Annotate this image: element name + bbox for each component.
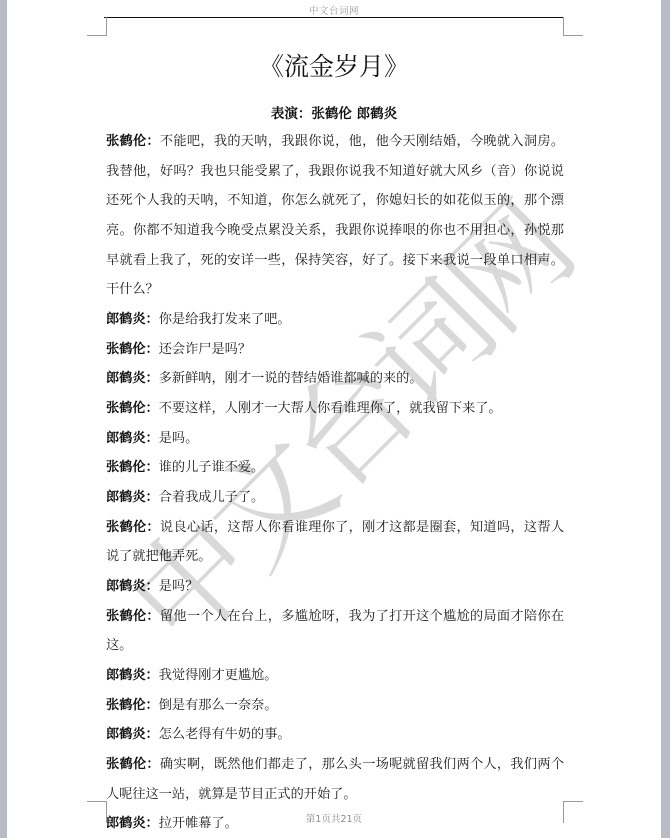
page-header: 中文台词网 [7, 3, 661, 17]
dialogue-line: 郎鹤炎：怎么老得有牛奶的事。 [106, 720, 564, 750]
speaker-label: 郎鹤炎： [106, 668, 159, 683]
dialogue-line: 张鹤伦：还会诈尸是吗？ [106, 335, 564, 365]
dialogue-text: 是吗？ [159, 579, 199, 594]
document-title: 《流金岁月》 [7, 47, 661, 83]
dialogue-line: 郎鹤炎：多新鲜呐，刚才一说的替结婚谁都喊的来的。 [106, 364, 564, 394]
performers-line: 表演：张鹤伦 郎鹤炎 [7, 102, 661, 122]
dialogue-text: 留他一个人在台上，多尴尬呀，我为了打开这个尴尬的局面才陪你在这。 [106, 609, 564, 654]
header-rule [104, 17, 564, 18]
dialogue-line: 郎鹤炎：是吗。 [106, 424, 564, 454]
dialogue-text: 不要这样，人刚才一大帮人你看谁理你了，就我留下来了。 [159, 401, 502, 416]
dialogue-text: 怎么老得有牛奶的事。 [159, 727, 291, 742]
dialogue-text: 说良心话，这帮人你看谁理你了，刚才这都是圈套，知道吗，这帮人说了就把他弄死。 [106, 520, 564, 565]
speaker-label: 张鹤伦： [106, 401, 159, 416]
dialogue-line: 张鹤伦：倒是有那么一奈奈。 [106, 691, 564, 721]
speaker-label: 张鹤伦： [106, 134, 160, 149]
speaker-label: 张鹤伦： [106, 520, 160, 535]
dialogue-line: 郎鹤炎：拉开帷幕了。 [106, 809, 564, 838]
speaker-label: 张鹤伦： [106, 342, 159, 357]
speaker-label: 张鹤伦： [106, 757, 160, 772]
speaker-label: 郎鹤炎： [106, 727, 159, 742]
margin-mark-top-right [563, 17, 583, 36]
dialogue-text: 确实啊，既然他们都走了，那么头一场呢就留我们两个人，我们两个人呢往这一站，就算是… [106, 757, 564, 802]
speaker-label: 张鹤伦： [106, 460, 159, 475]
speaker-label: 郎鹤炎： [106, 312, 159, 327]
dialogue-text: 谁的儿子谁不爱。 [159, 460, 265, 475]
speaker-label: 张鹤伦： [106, 698, 159, 713]
dialogue-text: 你是给我打发来了吧。 [159, 312, 291, 327]
dialogue-text: 合着我成儿子了。 [159, 490, 265, 505]
dialogue-line: 张鹤伦：谁的儿子谁不爱。 [106, 453, 564, 483]
dialogue-line: 张鹤伦：说良心话，这帮人你看谁理你了，刚才这都是圈套，知道吗，这帮人说了就把他弄… [106, 513, 564, 572]
dialogue-text: 是吗。 [159, 431, 199, 446]
dialogue-text: 倒是有那么一奈奈。 [159, 698, 278, 713]
dialogue-body: 张鹤伦：不能吧，我的天呐，我跟你说，他，他今天刚结婚，今晚就入洞房。我替他，好吗… [106, 127, 564, 838]
speaker-label: 张鹤伦： [106, 609, 160, 624]
dialogue-line: 郎鹤炎：我觉得刚才更尴尬。 [106, 661, 564, 691]
dialogue-line: 郎鹤炎：合着我成儿子了。 [106, 483, 564, 513]
dialogue-line: 张鹤伦：留他一个人在台上，多尴尬呀，我为了打开这个尴尬的局面才陪你在这。 [106, 602, 564, 661]
dialogue-line: 张鹤伦：不要这样，人刚才一大帮人你看谁理你了，就我留下来了。 [106, 394, 564, 424]
margin-mark-top-left [87, 17, 107, 36]
speaker-label: 郎鹤炎： [106, 431, 159, 446]
dialogue-line: 郎鹤炎：是吗？ [106, 572, 564, 602]
dialogue-text: 不能吧，我的天呐，我跟你说，他，他今天刚结婚，今晚就入洞房。我替他，好吗？我也只… [106, 134, 564, 297]
document-page: 中文台词网 中文台词网 《流金岁月》 表演：张鹤伦 郎鹤炎 张鹤伦：不能吧，我的… [7, 0, 661, 838]
speaker-label: 郎鹤炎： [106, 579, 159, 594]
dialogue-text: 多新鲜呐，刚才一说的替结婚谁都喊的来的。 [159, 371, 423, 386]
dialogue-line: 张鹤伦：确实啊，既然他们都走了，那么头一场呢就留我们两个人，我们两个人呢往这一站… [106, 750, 564, 809]
speaker-label: 郎鹤炎： [106, 816, 159, 831]
dialogue-line: 张鹤伦：不能吧，我的天呐，我跟你说，他，他今天刚结婚，今晚就入洞房。我替他，好吗… [106, 127, 564, 305]
dialogue-text: 还会诈尸是吗？ [159, 342, 251, 357]
speaker-label: 郎鹤炎： [106, 490, 159, 505]
speaker-label: 郎鹤炎： [106, 371, 159, 386]
dialogue-text: 我觉得刚才更尴尬。 [159, 668, 278, 683]
dialogue-line: 郎鹤炎：你是给我打发来了吧。 [106, 305, 564, 335]
dialogue-text: 拉开帷幕了。 [159, 816, 238, 831]
